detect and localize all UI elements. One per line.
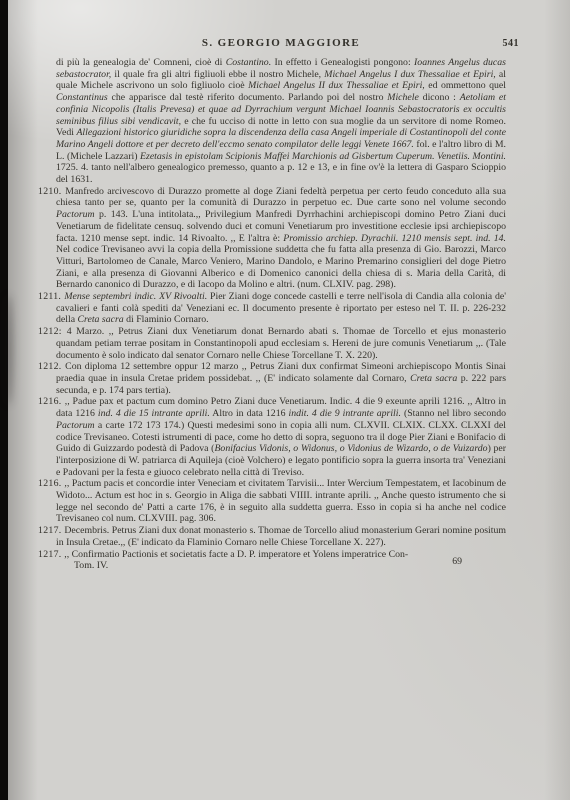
text-segment: Decembris. Petrus Ziani dux donat monast… <box>56 525 506 548</box>
text-segment: (Stanno nel libro secondo <box>401 408 506 419</box>
entry-number: 1210. <box>38 186 65 197</box>
page-number: 541 <box>503 38 520 50</box>
italic-text-segment: Creta sacra <box>410 373 457 384</box>
entry-number: 1217. <box>38 549 64 560</box>
tome-label: Tom. IV. <box>74 560 108 572</box>
text-block: di più la genealogia de' Comneni, cioè d… <box>56 57 506 560</box>
italic-text-segment: Constantinus <box>56 92 108 103</box>
entry-number: 1211. <box>38 291 64 302</box>
italic-text-segment: Bonifacius Vidonis, o Widonus, o Vidoniu… <box>214 443 487 454</box>
italic-text-segment: Promissio archiep. Dyrachii. 1210 mensis… <box>283 233 506 244</box>
entry-1210-1: 1210. Manfredo arcivescovo di Durazzo pr… <box>56 186 506 291</box>
entry-1211-2: 1211. Mense septembri indic. XV Rivoalti… <box>56 291 506 326</box>
gutter-smudge <box>5 295 13 405</box>
entry-number: 1217. <box>38 525 64 536</box>
text-segment: 1725. 4. tanto nell'albero genealogico p… <box>56 162 506 185</box>
italic-text-segment: Ezetasis in epistolam Scipionis Maffei M… <box>140 151 506 162</box>
entry-number: 1216. <box>38 396 65 407</box>
italic-text-segment: Costantino. <box>226 57 271 68</box>
entry-1217-8: 1217. ,, Confirmatio Pactionis et societ… <box>56 549 506 561</box>
entry-number: 1216. <box>38 478 64 489</box>
entry-1212-3: 1212: 4 Marzo. ,, Petrus Ziani dux Venet… <box>56 326 506 361</box>
text-segment: dicono : <box>419 92 460 103</box>
text-segment: ,, Pactum pacis et concordie inter Venec… <box>56 478 506 524</box>
text-segment: il quale fra gli altri figliuoli ebbe il… <box>111 69 324 80</box>
text-segment: In effetto i Genealogisti pongono: <box>271 57 414 68</box>
italic-text-segment: Mense septembri indic. XV Rivoalti. <box>64 291 207 302</box>
italic-text-segment: Michael Angelus I dux Thessaliae et Epir… <box>324 69 495 80</box>
text-segment: di più la genealogia de' Comneni, cioè d… <box>56 57 226 68</box>
text-segment: che apparisce dal testè riferito documen… <box>108 92 388 103</box>
entry-number: 1212. <box>38 361 65 372</box>
signature-number: 69 <box>452 556 462 568</box>
entry-number: 1212: <box>38 326 67 337</box>
entry-1216-5: 1216. ,, Padue pax et pactum cum domino … <box>56 396 506 478</box>
text-segment: Nel codice Trevisaneo avvi la copia dell… <box>56 244 506 290</box>
text-segment: ,, Confirmatio Pactionis et societatis f… <box>64 549 408 560</box>
page-body: S. GEORGIO MAGGIORE 541 di più la geneal… <box>56 38 506 572</box>
scanned-book-page: S. GEORGIO MAGGIORE 541 di più la geneal… <box>0 0 570 800</box>
page-header: S. GEORGIO MAGGIORE 541 <box>56 38 506 54</box>
italic-text-segment: Michele <box>387 92 419 103</box>
italic-text-segment: Creta sacra <box>78 314 124 325</box>
italic-text-segment: ind. 4 die 15 intrante aprili. <box>98 408 210 419</box>
text-segment: 4 Marzo. ,, Petrus Ziani dux Venetiarum … <box>56 326 506 360</box>
page-footer: Tom. IV. 69 <box>56 560 506 572</box>
text-segment: Altro in data 1216 <box>210 408 289 419</box>
italic-text-segment: indit. 4 die 9 intrante aprili. <box>289 408 401 419</box>
italic-text-segment: Pactorum <box>56 209 95 220</box>
text-segment: ed ommettono quel <box>425 80 506 91</box>
text-segment: di Flaminio Cornaro. <box>124 314 209 325</box>
continuation-paragraph: di più la genealogia de' Comneni, cioè d… <box>56 57 506 186</box>
running-title: S. GEORGIO MAGGIORE <box>56 38 506 50</box>
italic-text-segment: Michael Angelus II dux Thessaliae et Epi… <box>248 80 425 91</box>
italic-text-segment: Pactorum <box>56 420 95 431</box>
entry-1217-7: 1217. Decembris. Petrus Ziani dux donat … <box>56 525 506 548</box>
text-segment: Manfredo arcivescovo di Durazzo promette… <box>56 186 506 209</box>
entry-1212-4: 1212. Con diploma 12 settembre oppur 12 … <box>56 361 506 396</box>
entry-1216-6: 1216. ,, Pactum pacis et concordie inter… <box>56 478 506 525</box>
